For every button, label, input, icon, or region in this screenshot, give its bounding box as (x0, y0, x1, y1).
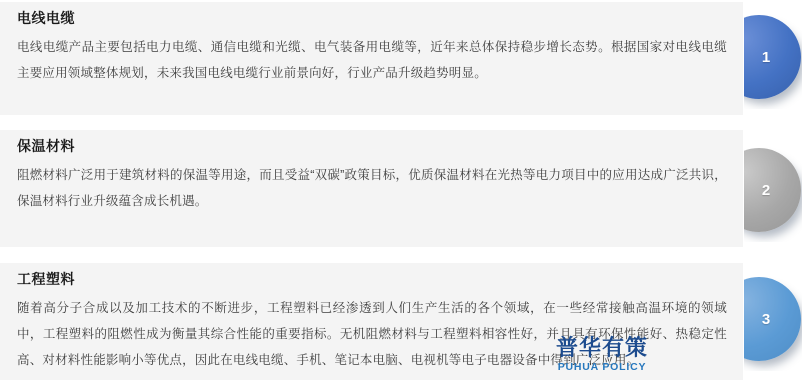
step-badge-2: 2 (744, 148, 801, 232)
section-title: 保温材料 (17, 138, 727, 154)
step-number-2: 2 (762, 182, 770, 199)
step-badge-clip-3: 3 (744, 276, 802, 371)
section-card-wire-cable: 电线电缆 电线电缆产品主要包括电力电缆、通信电缆和光缆、电气装备用电缆等，近年来… (0, 2, 743, 115)
step-number-1: 1 (762, 49, 770, 66)
section-body: 电线电缆产品主要包括电力电缆、通信电缆和光缆、电气装备用电缆等，近年来总体保持稳… (17, 34, 727, 86)
logo-cn-text: 普华有策 (556, 337, 648, 359)
section-body: 阻燃材料广泛用于建筑材料的保温等用途，而且受益“双碳”政策目标，优质保温材料在光… (17, 162, 727, 214)
section-title: 电线电缆 (17, 10, 727, 26)
step-badge-3: 3 (744, 277, 801, 361)
step-badge-1: 1 (744, 15, 801, 99)
puhua-policy-logo: 普华有策 PUHUA POLICY (556, 337, 648, 373)
logo-en-text: PUHUA POLICY (556, 362, 648, 373)
section-card-insulation: 保温材料 阻燃材料广泛用于建筑材料的保温等用途，而且受益“双碳”政策目标，优质保… (0, 130, 743, 247)
step-number-3: 3 (762, 311, 770, 328)
step-badge-clip-2: 2 (744, 147, 802, 242)
report-infographic: 电线电缆 电线电缆产品主要包括电力电缆、通信电缆和光缆、电气装备用电缆等，近年来… (0, 0, 802, 388)
section-title: 工程塑料 (17, 271, 727, 287)
step-badge-clip-1: 1 (744, 14, 802, 109)
